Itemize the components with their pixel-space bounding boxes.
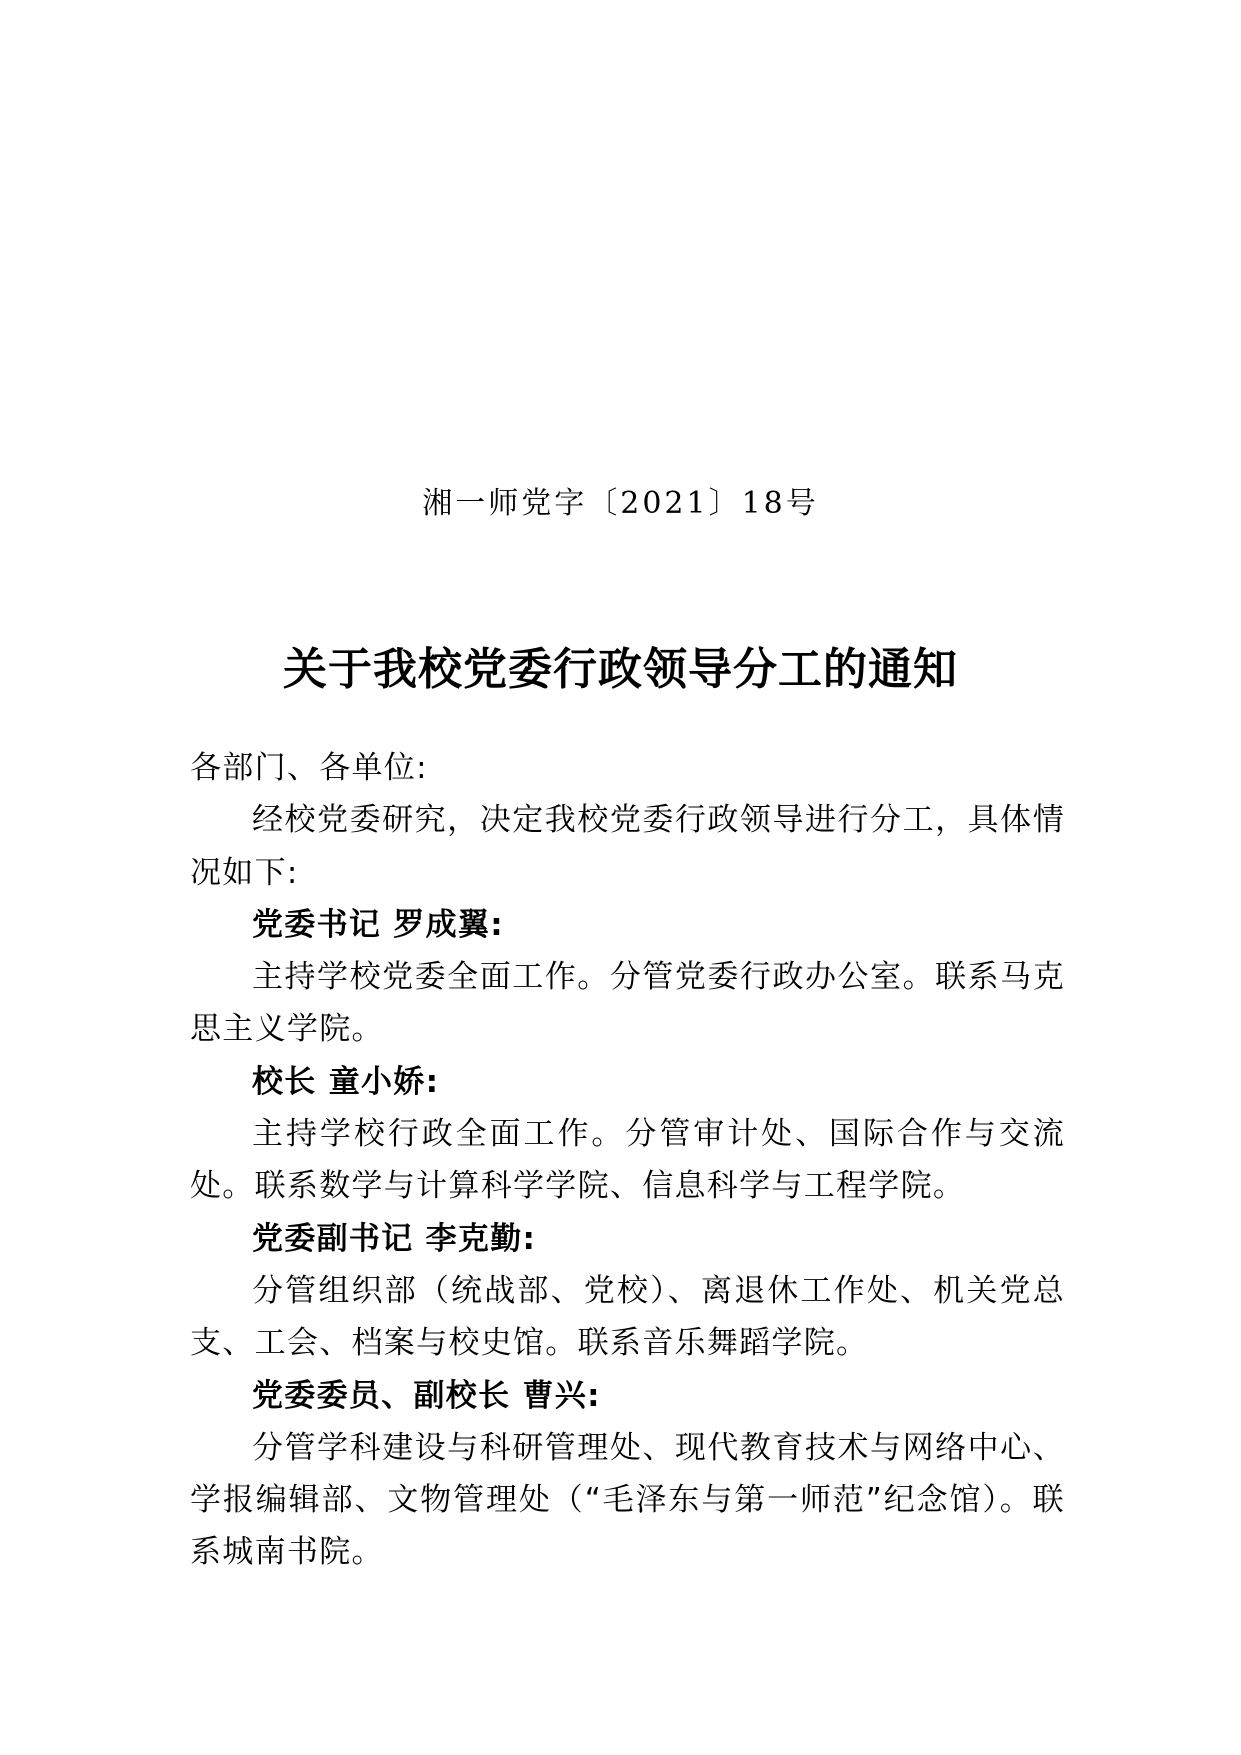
document-body: 各部门、各单位: 经校党委研究，决定我校党委行政领导进行分工，具体情况如下: 党… [190, 742, 1065, 1579]
section-heading-party-secretary: 党委书记 罗成翼: [190, 899, 1065, 951]
section-content-president: 主持学校行政全面工作。分管审计处、国际合作与交流处。联系数学与计算科学学院、信息… [190, 1108, 1065, 1213]
section-heading-deputy-party-secretary: 党委副书记 李克勤: [190, 1213, 1065, 1265]
section-content-party-secretary: 主持学校党委全面工作。分管党委行政办公室。联系马克思主义学院。 [190, 951, 1065, 1056]
section-content-vice-president: 分管学科建设与科研管理处、现代教育技术与网络中心、学报编辑部、文物管理处（“毛泽… [190, 1422, 1065, 1579]
section-content-deputy-party-secretary: 分管组织部（统战部、党校）、离退休工作处、机关党总支、工会、档案与校史馆。联系音… [190, 1265, 1065, 1370]
document-page: 湘一师党字〔2021〕18号 关于我校党委行政领导分工的通知 各部门、各单位: … [0, 0, 1241, 1755]
document-number: 湘一师党字〔2021〕18号 [0, 484, 1241, 524]
salutation: 各部门、各单位: [190, 742, 1065, 794]
section-heading-vice-president: 党委委员、副校长 曹兴: [190, 1370, 1065, 1422]
document-title: 关于我校党委行政领导分工的通知 [0, 630, 1241, 710]
section-heading-president: 校长 童小娇: [190, 1056, 1065, 1108]
intro-paragraph: 经校党委研究，决定我校党委行政领导进行分工，具体情况如下: [190, 794, 1065, 899]
